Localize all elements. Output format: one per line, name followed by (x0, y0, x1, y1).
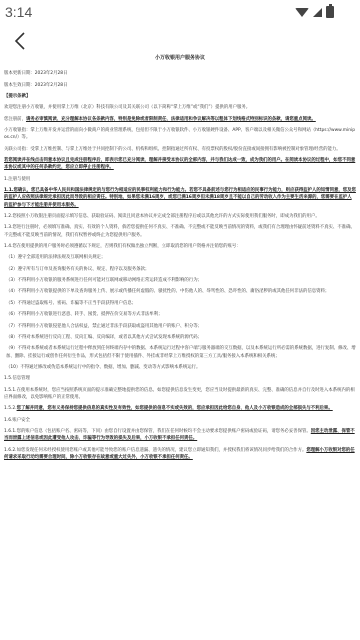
status-icons (295, 6, 334, 18)
wifi-icon (295, 8, 309, 17)
rule-item: （5）不得通过盗取账号、密码、诈骗等不正当手段获得用户信息； (4, 300, 356, 307)
clause-1-5-2-bold: 您了解并同意，您有义务保持您提供信息的真实性及有效性，如您提供的信息不实或失效的… (17, 406, 333, 411)
clause-1-6-2-prefix: 1.6.2.如您发现任何未经授权使用您账户或其他可能导致您的账户信息遗漏、遗失的… (4, 448, 306, 453)
chevron-left-icon (14, 31, 26, 51)
clause-1-5-2-prefix: 1.5.2. (4, 406, 17, 411)
notice-heading: 【提示条款】 (4, 93, 356, 100)
attention-bold: 请务必审慎阅读、充分理解本协议各条款内容，特别是免除或者限制责任、法律适用和争议… (26, 117, 316, 122)
clause-1-6-1-prefix: 1.6.1.您的账户信息（包括账户名、密码等，下同）由您自行设置并由您保管，我们… (4, 429, 311, 434)
status-bar: 3:14 (0, 0, 360, 24)
rule-item: （1）遵守全部适用的法律法规及互联网相关规定； (4, 254, 356, 261)
rule-item: （3）不得利用小万收银的服务系统进行任何可能对互联网或移动网络正常运转造成不利影… (4, 277, 356, 284)
clause-1-6-2: 1.6.2.如您发现任何未经授权使用您账户或其他可能导致您的账户信息遗漏、遗失的… (4, 447, 356, 461)
section-1-heading: 1.注册与使用 (4, 176, 356, 183)
signal-icon (313, 8, 322, 17)
definition-xiaowan: 小万收银指：掌上万维开发并运营的面向小微商户的商业管理系统，包括但不限于小万收银… (4, 127, 356, 141)
section-1-6-heading: 1.6.账户安全 (4, 417, 356, 424)
battery-icon (326, 6, 334, 18)
rule-item: （9）不得对本系统或者本系统运行过程中释放到任何终端内存中的数据、本系统运行过程… (4, 345, 356, 359)
update-date: 版本更新日期：2023年2月28日 (4, 70, 356, 77)
effective-date: 版本生效日期：2023年2月28日 (4, 82, 356, 89)
clause-1-4: 1.4.您在使用提供的用户服务时必须遵循以下规定，否则我们有权做出独立判断，立即… (4, 243, 356, 250)
agree-paragraph: 若您阅读并在线点击同意本协议且完成注册程序后，即表示您已充分阅读、理解并接受本协… (4, 157, 356, 171)
status-time: 3:14 (5, 4, 32, 20)
back-button[interactable] (8, 26, 32, 56)
attention-prefix: 您注册前， (4, 117, 26, 122)
document-title: 小万收银用户服务协议 (4, 55, 356, 62)
rule-item: （6）不得利用小万收银进行恶意、转手、囤货、抵押在价交易等方式非法牟利； (4, 311, 356, 318)
attention-paragraph: 您注册前，请务必审慎阅读、充分理解本协议各条款内容，特别是免除或者限制责任、法律… (4, 116, 356, 123)
rule-item: （8）不得对本系统进行反向工程、反向汇编、反向编译，或者以其他方式尝试发现本系统… (4, 334, 356, 341)
clause-1-6-1: 1.6.1.您的账户信息（包括账户名、密码等，下同）由您自行设置并由您保管，我们… (4, 428, 356, 442)
rule-item: （7）不得利用小万收银侵犯他人合法权益，禁止通过非法手段获取或盗用其他用户的账户… (4, 323, 356, 330)
clause-1-2: 1.2.您按照小万收银注册页面提示填写信息、获取验证码、阅读且同意本协议并完成全… (4, 213, 356, 220)
rule-item: （10）不得通过修改或伪造本系统运行中的指令、数据，增加、删减、变动等方式影响本… (4, 364, 356, 371)
clause-1-3: 1.3.您进行注册时，必须填写准确、真实、有效的个人资料，倘若您提供任何不真实、… (4, 224, 356, 238)
clause-1-5-1: 1.5.1.在使用本系统时，您应当按照系统页面的提示准确完整地提供您的信息。如您… (4, 387, 356, 401)
section-1-5-heading: 1.5.信息管理 (4, 375, 356, 382)
welcome-paragraph: 欢迎您注册小万收银，并使用掌上万维（北京）科技有限公司及其关联公司（以下简称“掌… (4, 104, 356, 111)
agreement-document[interactable]: 小万收银用户服务协议 版本更新日期：2023年2月28日 版本生效日期：2023… (0, 55, 360, 465)
clause-1-1: 1.1.您确认，您已具备中华人民共和国法律规定的与您行为相适应的民事权利能力和行… (4, 187, 356, 209)
rule-item: （2）遵守所有与订单及查询服务有关的协议、规定、程序以及服务条款； (4, 266, 356, 273)
rule-item: （4）不得利用小万收银提供的下单及查询服务上传、展示或传播任何虚假的、骚扰性的、… (4, 288, 356, 295)
clause-1-5-2: 1.5.2.您了解并同意，您有义务保持您提供信息的真实性及有效性，如您提供的信息… (4, 405, 356, 412)
definition-affiliate: 关联公司指：受掌上万维控制、与掌上万维处于共同控制下的公司、机构和组织。控制指通… (4, 146, 356, 153)
